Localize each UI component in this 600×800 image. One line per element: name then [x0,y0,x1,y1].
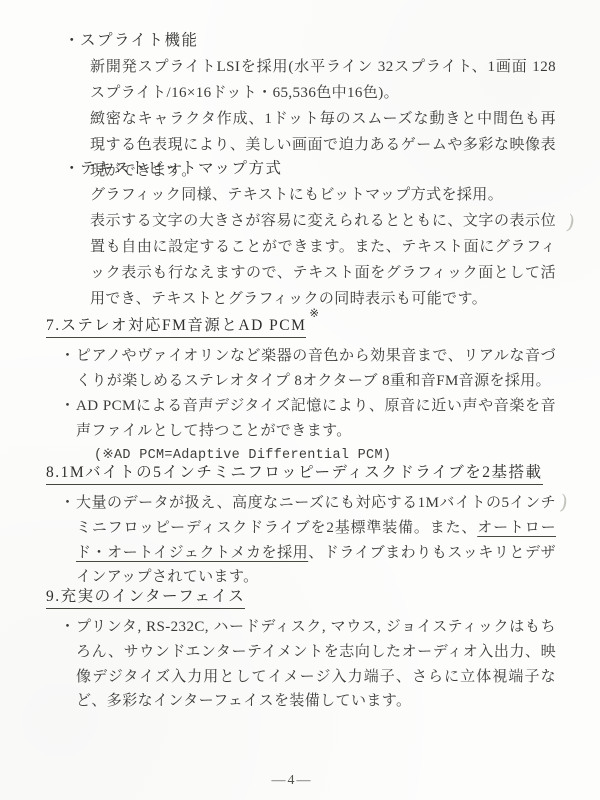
document-page: ・ スプライト機能 新開発スプライトLSIを採用(水平ライン 32スプライト、1… [0,0,600,800]
bullet-list: ・ ピアノやヴァイオリンなど楽器の音色から効果音まで、リアルな音づくりが楽しめる… [60,344,556,468]
pencil-mark: ) [558,490,569,515]
section-heading: 9.充実のインターフェイス [46,584,556,610]
paragraph: 新開発スプライトLSIを採用(水平ライン 32スプライト、1画面 128スプライ… [90,54,556,106]
bullet-marker: ・ [64,28,80,54]
paragraph: 表示する文字の大きさが容易に変えられるとともに、文字の表示位置も自由に設定するこ… [90,208,556,312]
section-fm-sound: 7.ステレオ対応FM音源とAD PCM※ ・ ピアノやヴァイオリンなど楽器の音色… [46,308,556,468]
feature-body: グラフィック同様、テキストにもビットマップ方式を採用。 表示する文字の大きさが容… [90,182,556,312]
bullet-text: プリンタ, RS-232C, ハードディスク, マウス, ジョイスティックはもち… [76,615,556,714]
section-heading-underline: 8.1Mバイトの5インチミニフロッピーディスクドライブを2基搭載 [46,464,543,485]
list-item: ・ 大量のデータが扱え、高度なニーズにも対応する1Mバイトの5インチミニフロッピ… [60,491,556,590]
section-title: 充実のインターフェイス [61,588,246,605]
feature-heading-row: ・ スプライト機能 [64,28,556,54]
bullet-marker: ・ [60,344,76,394]
section-heading-underline: 7.ステレオ対応FM音源とAD PCM [46,317,306,338]
bullet-text: 大量のデータが扱え、高度なニーズにも対応する1Mバイトの5インチミニフロッピーデ… [76,491,556,590]
section-text-bitmap: ・ テキストビットマップ方式 グラフィック同様、テキストにもビットマップ方式を採… [46,156,556,312]
page-number: —4— [0,773,592,789]
section-heading-underline: 9.充実のインターフェイス [46,588,245,609]
bullet-text: AD PCMによる音声デジタイズ記憶により、原音に近い声や音楽を音声ファイルとし… [76,394,556,444]
bullet-marker: ・ [60,491,76,590]
section-number: 9. [46,588,61,605]
section-interface: 9.充実のインターフェイス ・ プリンタ, RS-232C, ハードディスク, … [46,584,556,714]
pencil-mark: ) [565,209,578,234]
section-number: 7. [46,317,61,334]
section-floppy-drive: 8.1Mバイトの5インチミニフロッピーディスクドライブを2基搭載 ・ 大量のデー… [46,460,556,590]
section-heading: 7.ステレオ対応FM音源とAD PCM※ [46,308,556,339]
section-number: 8. [46,464,61,481]
paragraph: グラフィック同様、テキストにもビットマップ方式を採用。 [90,182,556,208]
list-item: ・ プリンタ, RS-232C, ハードディスク, マウス, ジョイスティックは… [60,615,556,714]
reference-mark: ※ [309,308,319,320]
section-title: 1Mバイトの5インチミニフロッピーディスクドライブを2基搭載 [61,464,543,481]
list-item: ・ AD PCMによる音声デジタイズ記憶により、原音に近い声や音楽を音声ファイル… [60,394,556,444]
bullet-text: ピアノやヴァイオリンなど楽器の音色から効果音まで、リアルな音づくりが楽しめるステ… [76,344,556,394]
section-heading: 8.1Mバイトの5インチミニフロッピーディスクドライブを2基搭載 [46,460,556,486]
bullet-marker: ・ [60,615,76,714]
feature-heading: テキストビットマップ方式 [80,156,282,182]
bullet-marker: ・ [64,156,80,182]
section-title: ステレオ対応FM音源とAD PCM [61,317,307,334]
feature-heading: スプライト機能 [80,28,199,54]
bullet-list: ・ プリンタ, RS-232C, ハードディスク, マウス, ジョイスティックは… [60,615,556,714]
bullet-marker: ・ [60,394,76,444]
list-item: ・ ピアノやヴァイオリンなど楽器の音色から効果音まで、リアルな音づくりが楽しめる… [60,344,556,394]
feature-heading-row: ・ テキストビットマップ方式 [64,156,556,182]
bullet-list: ・ 大量のデータが扱え、高度なニーズにも対応する1Mバイトの5インチミニフロッピ… [60,491,556,590]
